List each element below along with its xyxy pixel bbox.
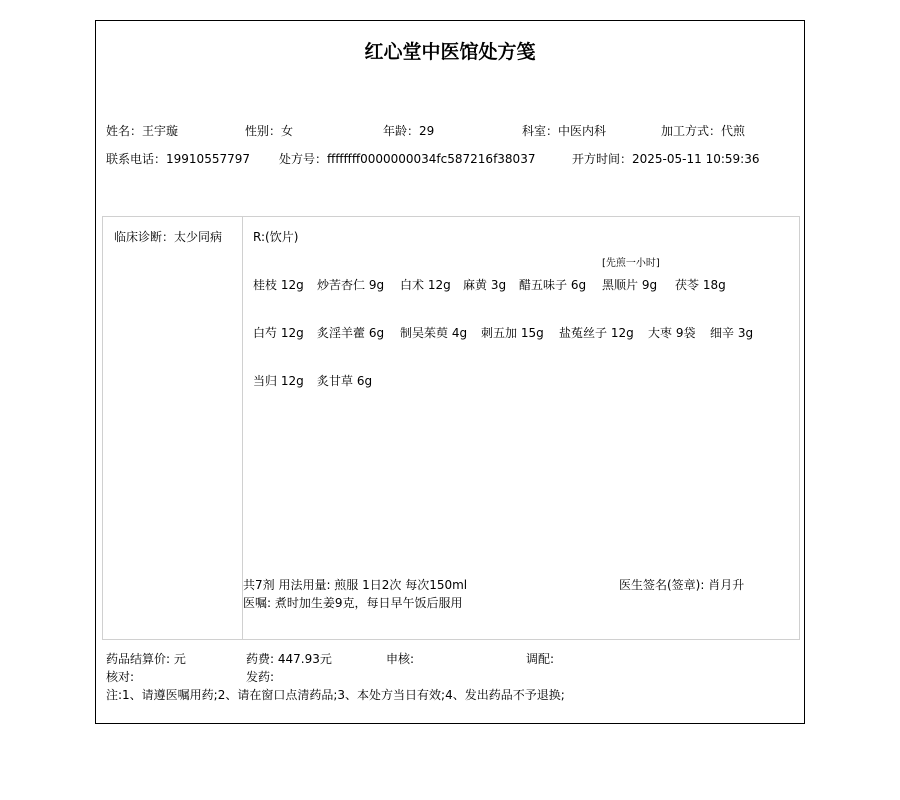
herb-item: 醋五味子 6g [519,278,586,292]
patient-age-field: 年龄：29 [383,124,434,138]
drug-fee-label: 药费: [246,652,274,666]
issue-label: 发药: [246,670,274,684]
processing-field: 加工方式：代煎 [661,124,745,138]
herb-item: 炒苦杏仁 9g [317,278,384,292]
patient-name: 王宇璇 [142,124,178,138]
patient-gender: 女 [281,124,293,138]
herb-item: 炙淫羊藿 6g [317,326,384,340]
rx-time: 2025-05-11 10:59:36 [632,152,759,166]
patient-gender-field: 性别：女 [245,124,293,138]
herb-item: 黑顺片 9g [602,278,657,292]
herb-item: 麻黄 3g [463,278,506,292]
prescription-box: 临床诊断：太少同病 R:(饮片) 桂枝 12g 炒苦杏仁 9g 白术 12g 麻… [102,216,800,640]
review-label: 申核: [386,652,414,666]
herb-item: 盐菟丝子 12g [559,326,634,340]
processing-method: 代煎 [721,124,745,138]
patient-age-label: 年龄： [383,124,419,138]
phone-field: 联系电话：19910557797 [106,152,250,166]
medical-advice-label: 医嘱: [243,596,271,610]
phone-number: 19910557797 [166,152,250,166]
herb-item: 制吴茱萸 4g [400,326,467,340]
herb-item: 刺五加 15g [481,326,544,340]
check-field: 核对: [106,670,134,684]
drug-fee-field: 药费: 447.93元 [246,652,332,666]
herb-preparation-note: [先煎一小时] [602,258,660,270]
rx-number-label: 处方号： [279,152,327,166]
patient-age: 29 [419,124,434,138]
department-label: 科室： [522,124,558,138]
diagnosis-field: 临床诊断：太少同病 [114,230,222,244]
diagnosis-label: 临床诊断： [114,230,174,244]
herb-item: 细辛 3g [710,326,753,340]
dispense-mix-label: 调配: [526,652,554,666]
department: 中医内科 [558,124,606,138]
page-title: 红心堂中医馆处方笺 [96,37,804,64]
herb-item: 茯苓 18g [675,278,726,292]
rx-time-field: 开方时间：2025-05-11 10:59:36 [572,152,759,166]
settlement-price-field: 药品结算价: 元 [106,652,186,666]
review-field: 申核: [386,652,414,666]
drug-fee: 447.93元 [278,652,332,666]
herb-item: 大枣 9袋 [648,326,695,340]
settlement-price: 元 [174,652,186,666]
patient-name-field: 姓名：王宇璇 [106,124,178,138]
check-label: 核对: [106,670,134,684]
medical-advice-field: 医嘱: 煮时加生姜9克，每日早午饭后服用 [243,596,463,610]
column-divider [242,217,243,639]
doctor-signature-label: 医生签名(签章): [619,578,704,592]
herb-item: 白术 12g [400,278,451,292]
prescription-sheet: 红心堂中医馆处方笺 姓名：王宇璇 性别：女 年龄：29 科室：中医内科 加工方式… [95,20,805,724]
processing-label: 加工方式： [661,124,721,138]
settlement-price-label: 药品结算价: [106,652,170,666]
herb-item: 炙甘草 6g [317,374,372,388]
herb-item: 白芍 12g [253,326,304,340]
usage-instructions: 共7剂 用法用量: 煎服 1日2次 每次150ml [243,578,467,592]
footer-notes: 注:1、请遵医嘱用药;2、请在窗口点清药品;3、本处方当日有效;4、发出药品不予… [106,688,565,702]
medical-advice: 煮时加生姜9克，每日早午饭后服用 [275,596,463,610]
department-field: 科室：中医内科 [522,124,606,138]
herb-item: 桂枝 12g [253,278,304,292]
rx-header: R:(饮片) [253,230,298,244]
herb-item: 当归 12g [253,374,304,388]
patient-gender-label: 性别： [245,124,281,138]
issue-field: 发药: [246,670,274,684]
rx-number: ffffffff0000000034fc587216f38037 [327,152,535,166]
patient-name-label: 姓名： [106,124,142,138]
doctor-signature: 肖月升 [708,578,744,592]
dispense-mix-field: 调配: [526,652,554,666]
doctor-signature-field: 医生签名(签章): 肖月升 [619,578,744,592]
diagnosis-value: 太少同病 [174,230,222,244]
phone-label: 联系电话： [106,152,166,166]
rx-number-field: 处方号：ffffffff0000000034fc587216f38037 [279,152,535,166]
rx-time-label: 开方时间： [572,152,632,166]
